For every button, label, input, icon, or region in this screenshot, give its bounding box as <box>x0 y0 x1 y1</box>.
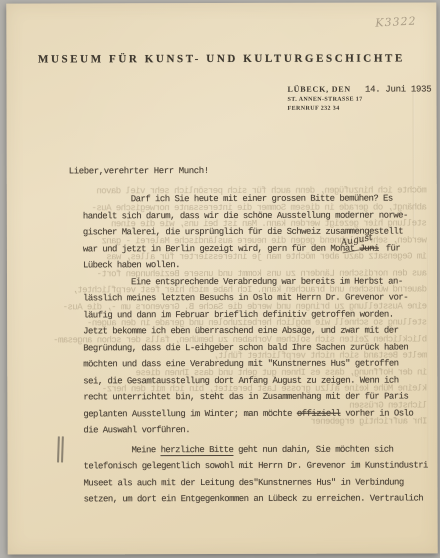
typed-text: läufig und dann im Februar brieflich def… <box>83 309 393 320</box>
letter-line: Begründung, dass die L-eihgeber schon ba… <box>83 339 435 356</box>
typed-text: geplanten Ausstellung im Winter; man möc… <box>83 408 296 419</box>
letterhead-title: MUSEUM FÜR KUNST- UND KULTURGESCHICHTE <box>6 52 436 65</box>
dateblock: LÜBECK, DEN 14. Juni 1935 ST. ANNEN-STRA… <box>287 84 431 112</box>
letter-line: recht unterrichtet bin, steht das in Zus… <box>83 388 435 405</box>
typed-text: Eine entsprechende Verabredung war berei… <box>131 276 403 287</box>
typed-text: Meine <box>131 445 160 455</box>
letter-line: Lübeck haben wollen. <box>83 256 435 273</box>
typed-text: für <box>381 243 400 253</box>
typed-text: geht nun dahin, Sie möchten sich <box>233 444 393 454</box>
typed-text: war und jetzt in Berlin gezeigt wird, ge… <box>83 243 360 254</box>
typed-text: Museet als auch mit der Leitung des"Kuns… <box>84 477 404 488</box>
letter-line: telefonisch gelegentlich sowohl mit Herr… <box>83 457 435 474</box>
letter-body: Darf ich Sie heute mit einer grossen Bit… <box>83 190 436 507</box>
letter-line: sei, die Gesamtausstellung dort Anfang A… <box>83 372 435 389</box>
letter-line: handelt sich darum, dass wir die schöne … <box>83 207 435 224</box>
typed-text: sei, die Gesamtausstellung dort Anfang A… <box>83 375 398 386</box>
underlined-phrase: herzliche Bitte <box>161 444 234 456</box>
salutation: Lieber,verehrter Herr Munch! <box>69 166 209 176</box>
letter-paper: möchte ich hinzufügen, denn auch für sic… <box>6 2 437 554</box>
letter-line: setzen, um dort ein Entgegenkommen an Lü… <box>84 490 436 507</box>
typed-text: möchten und dass eine Verabredung mit "K… <box>83 359 398 370</box>
letter-line: Museet als auch mit der Leitung des"Kuns… <box>84 474 436 491</box>
phone-line: FERNRUF 232 34 <box>288 105 432 112</box>
typed-text: telefonisch gelegentlich sowohl mit Herr… <box>83 460 427 471</box>
typed-date: 14. Juni 1935 <box>365 84 431 94</box>
typed-text: lässlich meines letzten Besuchs in Oslo … <box>83 293 408 304</box>
letter-line: Eine entsprechende Verabredung war berei… <box>83 273 435 290</box>
pencil-margin-mark <box>57 436 65 462</box>
typed-text: recht unterrichtet bin, steht das in Zus… <box>83 392 408 403</box>
typed-text: Lübeck haben wollen. <box>83 260 180 270</box>
letter-line: läufig und dann im Februar brieflich def… <box>83 306 435 323</box>
place-label: LÜBECK, DEN <box>287 85 351 94</box>
letter-line: Darf ich Sie heute mit einer grossen Bit… <box>83 190 435 207</box>
letter-line: möchten und dass eine Verabredung mit "K… <box>83 355 435 372</box>
struck-word: offiziell <box>297 408 341 418</box>
letter-line: lässlich meines letzten Besuchs in Oslo … <box>83 289 435 306</box>
letter-line: gischer Malerei, die ursprünglich für di… <box>83 223 435 240</box>
typed-text: Begründung, dass die L-eihgeber schon ba… <box>83 342 408 353</box>
typed-text: die Auswahl vorführen. <box>83 425 190 435</box>
scanned-letter-page: { "archive_note": "K3322", "letterhead":… <box>0 0 440 558</box>
letter-line: Jetzt bekomme ich eben überraschend eine… <box>83 322 435 339</box>
letter-line: die Auswahl vorführen. <box>83 421 435 438</box>
archive-number-pencil-note: K3322 <box>375 14 417 29</box>
handwritten-correction-anchor: August <box>379 249 381 250</box>
letter-line: geplanten Ausstellung im Winter; man möc… <box>83 405 435 422</box>
typed-text: Darf ich Sie heute mit einer grossen Bit… <box>131 194 393 205</box>
typed-text: handelt sich darum, dass wir die schöne … <box>83 210 408 221</box>
typed-text: vorher in Oslo <box>340 408 413 418</box>
letter-line: Meine herzliche Bitte geht nun dahin, Si… <box>83 441 435 458</box>
address-line: ST. ANNEN-STRASSE 17 <box>288 96 432 103</box>
typed-text: setzen, um dort ein Entgegenkommen an Lü… <box>84 493 424 504</box>
letter-line: war und jetzt in Berlin gezeigt wird, ge… <box>83 240 435 257</box>
typed-text: Jetzt bekomme ich eben überraschend eine… <box>83 326 398 337</box>
